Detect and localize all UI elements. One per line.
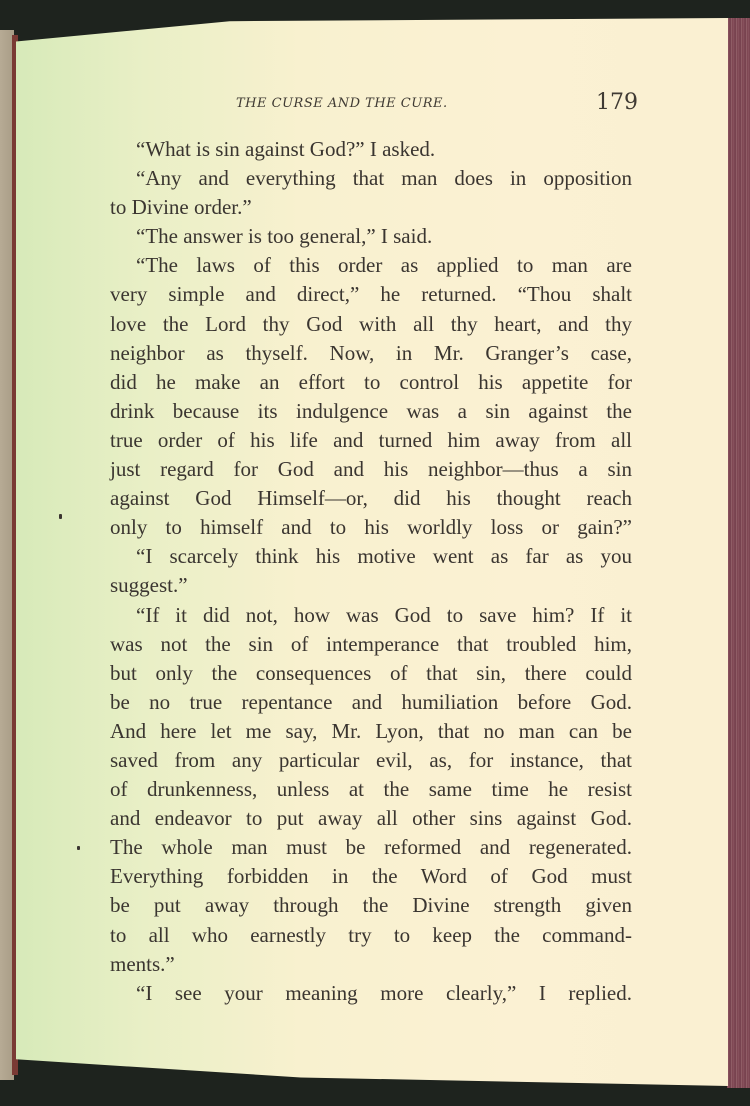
text-line: did he make an effort to control his app…: [110, 368, 632, 397]
text-line: but only the consequences of that sin, t…: [110, 659, 632, 688]
text-line: And here let me say, Mr. Lyon, that no m…: [110, 717, 632, 746]
text-line: neighbor as thyself. Now, in Mr. Granger…: [110, 339, 632, 368]
text-line: suggest.”: [110, 571, 632, 600]
right-page-stack-edge: [727, 18, 750, 1088]
text-line: love the Lord thy God with all thy heart…: [110, 310, 632, 339]
text-line: The whole man must be reformed and regen…: [110, 833, 632, 862]
text-line: Everything forbidden in the Word of God …: [110, 862, 632, 891]
ink-speck: [59, 514, 62, 519]
text-line: “The answer is too general,” I said.: [110, 222, 632, 251]
ink-speck: [77, 846, 80, 850]
text-line: “The laws of this order as applied to ma…: [110, 251, 632, 280]
text-line: true order of his life and turned him aw…: [110, 426, 632, 455]
text-line: saved from any particular evil, as, for …: [110, 746, 632, 775]
text-line: of drunkenness, unless at the same time …: [110, 775, 632, 804]
text-line: be no true repentance and humiliation be…: [110, 688, 632, 717]
page-number: 179: [596, 90, 638, 115]
text-line: “Any and everything that man does in opp…: [110, 164, 632, 193]
text-line: be put away through the Divine strength …: [110, 891, 632, 920]
text-line: “If it did not, how was God to save him?…: [110, 601, 632, 630]
text-line: “I scarcely think his motive went as far…: [110, 542, 632, 571]
page-header: THE CURSE AND THE CURE. 179: [236, 90, 636, 120]
text-line: very simple and direct,” he returned. “T…: [110, 280, 632, 309]
text-line: was not the sin of intemperance that tro…: [110, 630, 632, 659]
text-line: against God Himself—or, did his thought …: [110, 484, 632, 513]
text-line: “I see your meaning more clearly,” I rep…: [110, 979, 632, 1008]
text-line: just regard for God and his neighbor—thu…: [110, 455, 632, 484]
text-line: to Divine order.”: [110, 193, 632, 222]
scanned-book-page: THE CURSE AND THE CURE. 179 “What is sin…: [0, 0, 750, 1106]
text-line: drink because its indulgence was a sin a…: [110, 397, 632, 426]
text-line: to all who earnestly try to keep the com…: [110, 921, 632, 950]
running-title: THE CURSE AND THE CURE.: [236, 96, 448, 111]
body-text: “What is sin against God?” I asked. “Any…: [110, 135, 632, 1008]
text-line: ments.”: [110, 950, 632, 979]
text-line: and endeavor to put away all other sins …: [110, 804, 632, 833]
text-line: “What is sin against God?” I asked.: [110, 135, 632, 164]
text-line: only to himself and to his worldly loss …: [110, 513, 632, 542]
